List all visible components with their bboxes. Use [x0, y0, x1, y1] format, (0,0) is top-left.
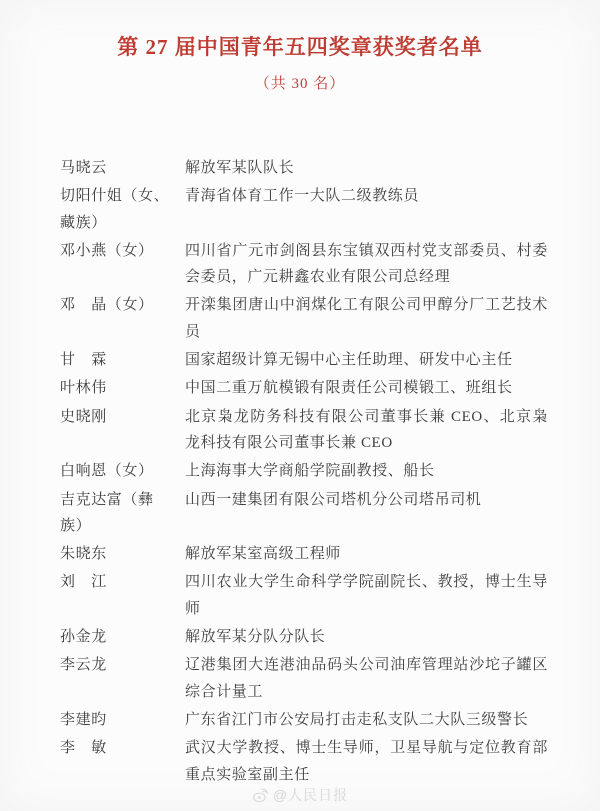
list-item: 刘 江四川农业大学生命科学学院副院长、教授，博士生导师 [60, 569, 548, 622]
awardee-description: 解放军某队队长 [185, 155, 548, 181]
awardee-description: 辽港集团大连港油品码头公司油库管理站沙坨子罐区综合计量工 [185, 652, 548, 705]
awardee-name: 马晓云 [60, 155, 170, 181]
awardee-name: 吉克达富（彝族） [60, 487, 170, 540]
awardee-name: 史晓刚 [60, 404, 170, 430]
list-item: 邓小燕（女）四川省广元市剑阁县东宝镇双西村党支部委员、村委会委员，广元耕鑫农业有… [60, 238, 548, 291]
list-item: 马晓云解放军某队队长 [60, 155, 548, 181]
awardee-name: 刘 江 [60, 569, 170, 595]
awardee-description: 广东省江门市公安局打击走私支队二大队三级警长 [185, 707, 548, 733]
awardee-name: 叶林伟 [60, 375, 170, 401]
watermark-text: @人民日报 [273, 785, 348, 805]
awardee-description: 四川农业大学生命科学学院副院长、教授，博士生导师 [185, 569, 548, 622]
awardee-description: 上海海事大学商船学院副教授、船长 [185, 458, 548, 484]
list-item: 切阳什姐（女、藏族）青海省体育工作一大队二级教练员 [60, 183, 548, 236]
awardee-name: 邓小燕（女） [60, 238, 170, 264]
awardee-description: 解放军某室高级工程师 [185, 541, 548, 567]
page-subtitle: （共 30 名） [0, 72, 600, 93]
watermark: @人民日报 [0, 785, 600, 805]
list-item: 朱晓东解放军某室高级工程师 [60, 541, 548, 567]
weibo-icon [252, 788, 269, 803]
list-item: 白响恩（女）上海海事大学商船学院副教授、船长 [60, 458, 548, 484]
list-item: 邓 晶（女）开滦集团唐山中润煤化工有限公司甲醇分厂工艺技术员 [60, 292, 548, 345]
awardee-description: 山西一建集团有限公司塔机分公司塔吊司机 [185, 487, 548, 513]
awardee-name: 李云龙 [60, 652, 170, 678]
awardee-description: 解放军某分队分队长 [185, 624, 548, 650]
document-page: 第 27 届中国青年五四奖章获奖者名单 （共 30 名） 马晓云解放军某队队长切… [0, 0, 600, 811]
awardee-name: 甘 霖 [60, 347, 170, 373]
list-item: 叶林伟中国二重万航模锻有限责任公司模锻工、班组长 [60, 375, 548, 401]
list-item: 孙金龙解放军某分队分队长 [60, 624, 548, 650]
list-item: 史晓刚北京枭龙防务科技有限公司董事长兼 CEO、北京枭龙科技有限公司董事长兼 C… [60, 404, 548, 457]
list-item: 李云龙辽港集团大连港油品码头公司油库管理站沙坨子罐区综合计量工 [60, 652, 548, 705]
awardee-description: 国家超级计算无锡中心主任助理、研发中心主任 [185, 347, 548, 373]
awardee-description: 中国二重万航模锻有限责任公司模锻工、班组长 [185, 375, 548, 401]
list-item: 李 敏武汉大学教授、博士生导师，卫星导航与定位教育部重点实验室副主任 [60, 735, 548, 788]
list-item: 吉克达富（彝族）山西一建集团有限公司塔机分公司塔吊司机 [60, 487, 548, 540]
awardee-name: 切阳什姐（女、藏族） [60, 183, 170, 236]
awardee-description: 开滦集团唐山中润煤化工有限公司甲醇分厂工艺技术员 [185, 292, 548, 345]
page-title: 第 27 届中国青年五四奖章获奖者名单 [0, 0, 600, 61]
awardee-name: 白响恩（女） [60, 458, 170, 484]
awardee-description: 武汉大学教授、博士生导师，卫星导航与定位教育部重点实验室副主任 [185, 735, 548, 788]
awardee-name: 孙金龙 [60, 624, 170, 650]
award-list: 马晓云解放军某队队长切阳什姐（女、藏族）青海省体育工作一大队二级教练员邓小燕（女… [0, 155, 600, 788]
awardee-name: 邓 晶（女） [60, 292, 170, 318]
awardee-description: 四川省广元市剑阁县东宝镇双西村党支部委员、村委会委员，广元耕鑫农业有限公司总经理 [185, 238, 548, 291]
awardee-name: 李 敏 [60, 735, 170, 761]
awardee-name: 李建昀 [60, 707, 170, 733]
awardee-description: 北京枭龙防务科技有限公司董事长兼 CEO、北京枭龙科技有限公司董事长兼 CEO [185, 404, 548, 457]
list-item: 甘 霖国家超级计算无锡中心主任助理、研发中心主任 [60, 347, 548, 373]
awardee-description: 青海省体育工作一大队二级教练员 [185, 183, 548, 209]
list-item: 李建昀广东省江门市公安局打击走私支队二大队三级警长 [60, 707, 548, 733]
awardee-name: 朱晓东 [60, 541, 170, 567]
